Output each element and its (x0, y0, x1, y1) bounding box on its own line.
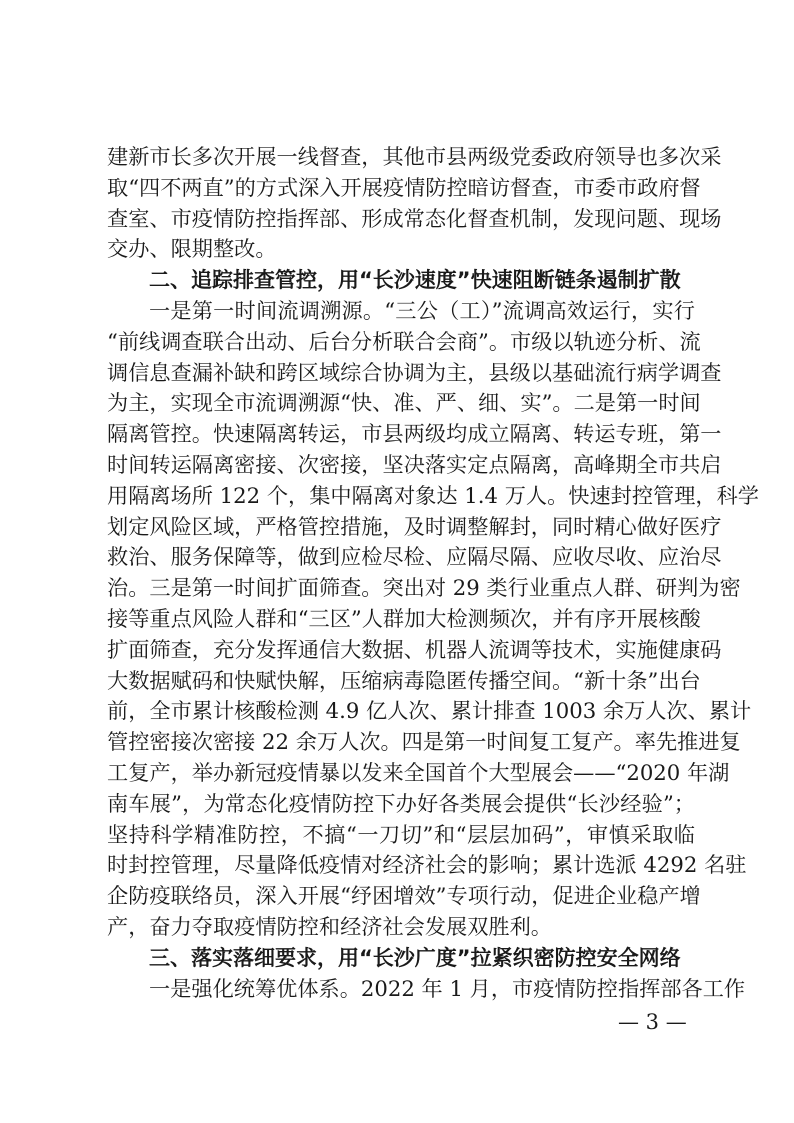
page-number: — 3 — (618, 1010, 687, 1034)
body-text-line: 工复产，举办新冠疫情暴以发来全国首个大型展会——“2020 年湖 (107, 758, 695, 789)
body-text-line: 建新市长多次开展一线督查，其他市县两级党委政府领导也多次采 (107, 142, 695, 173)
body-text-line: 扩面筛查，充分发挥通信大数据、机器人流调等技术，实施健康码 (107, 635, 695, 666)
body-text-line: 治。三是第一时间扩面筛查。突出对 29 类行业重点人群、研判为密 (107, 573, 695, 604)
body-text-line: 南车展”，为常态化疫情防控下办好各类展会提供“长沙经验”； (107, 789, 695, 820)
paragraph-first-line: 一是强化统筹优体系。2022 年 1 月，市疫情防控指挥部各工作 (107, 974, 695, 1005)
paragraph-first-line: 一是第一时间流调溯源。“三公（工）”流调高效运行，实行 (107, 296, 695, 327)
body-text-line: 接等重点风险人群和“三区”人群加大检测频次，并有序开展核酸 (107, 604, 695, 635)
body-text-line: 产，奋力夺取疫情防控和经济社会发展双胜利。 (107, 912, 695, 943)
body-text-line: 为主，实现全市流调溯源“快、准、严、细、实”。二是第一时间 (107, 388, 695, 419)
page-body: 建新市长多次开展一线督查，其他市县两级党委政府领导也多次采 取“四不两直”的方式… (107, 142, 695, 1004)
body-text-line: “前线调查联合出动、后台分析联合会商”。市级以轨迹分析、流 (107, 327, 695, 358)
body-text-line: 时间转运隔离密接、次密接，坚决落实定点隔离，高峰期全市共启 (107, 450, 695, 481)
body-text-line: 企防疫联络员，深入开展“纾困增效”专项行动，促进企业稳产增 (107, 881, 695, 912)
body-text-line: 查室、市疫情防控指挥部、形成常态化督查机制，发现问题、现场 (107, 204, 695, 235)
body-text-line: 大数据赋码和快赋快解，压缩病毒隐匿传播空间。“新十条”出台 (107, 666, 695, 697)
body-text-line: 取“四不两直”的方式深入开展疫情防控暗访督查，市委市政府督 (107, 173, 695, 204)
body-text-line: 用隔离场所 122 个，集中隔离对象达 1.4 万人。快速封控管理，科学 (107, 481, 695, 512)
body-text-line: 救治、服务保障等，做到应检尽检、应隔尽隔、应收尽收、应治尽 (107, 542, 695, 573)
section-heading-3: 三、落实落细要求，用“长沙广度”拉紧织密防控安全网络 (107, 943, 695, 974)
body-text-line: 划定风险区域，严格管控措施，及时调整解封，同时精心做好医疗 (107, 512, 695, 543)
body-text-line: 隔离管控。快速隔离转运，市县两级均成立隔离、转运专班，第一 (107, 419, 695, 450)
body-text-line: 管控密接次密接 22 余万人次。四是第一时间复工复产。率先推进复 (107, 727, 695, 758)
body-text-line: 前，全市累计核酸检测 4.9 亿人次、累计排查 1003 余万人次、累计 (107, 696, 695, 727)
section-heading-2: 二、追踪排查管控，用“长沙速度”快速阻断链条遏制扩散 (107, 265, 695, 296)
body-text-line: 调信息查漏补缺和跨区域综合协调为主，县级以基础流行病学调查 (107, 358, 695, 389)
body-text-line: 坚持科学精准防控，不搞“一刀切”和“层层加码”，审慎采取临 (107, 820, 695, 851)
body-text-line: 时封控管理，尽量降低疫情对经济社会的影响；累计选派 4292 名驻 (107, 850, 695, 881)
body-text-line: 交办、限期整改。 (107, 234, 695, 265)
